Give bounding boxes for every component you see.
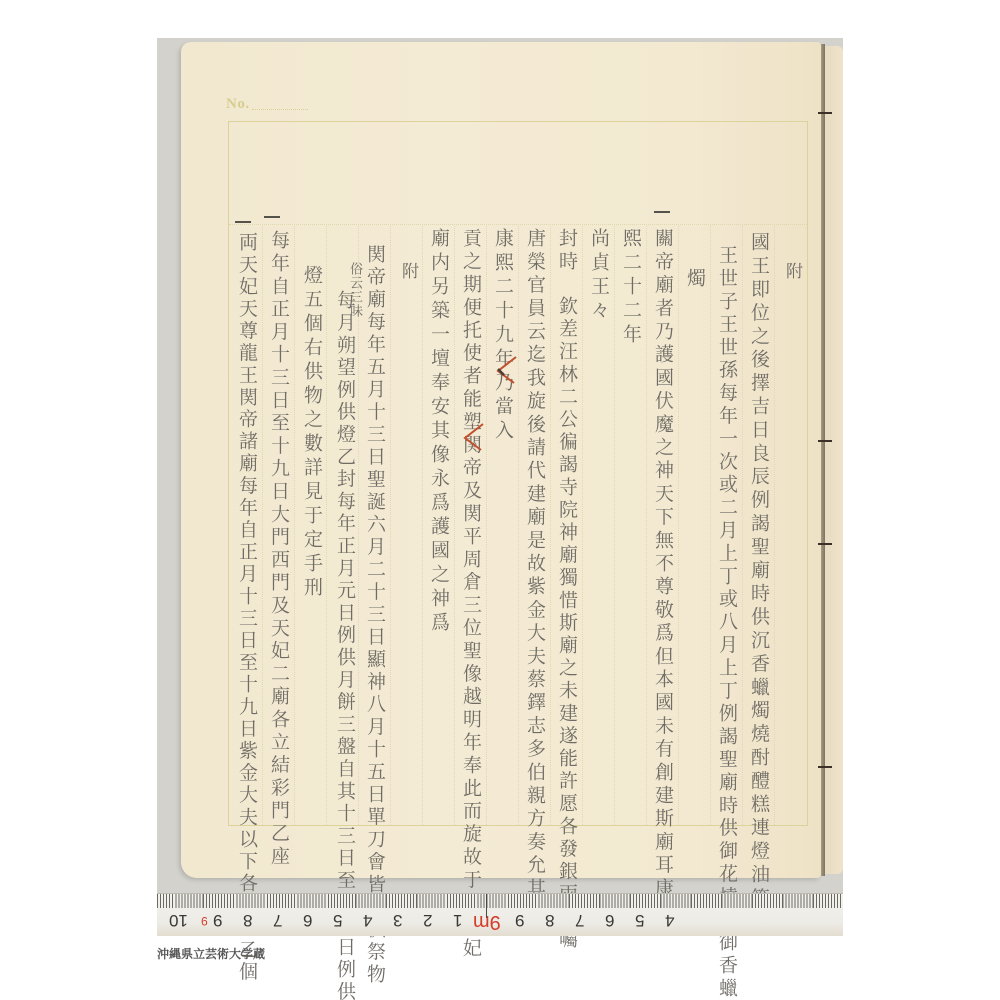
column-rule <box>582 224 583 825</box>
ruler-ticks <box>157 894 843 908</box>
ruler-label: 6 <box>605 910 614 930</box>
text-column: 王世子王世孫每年一次或二月上丁或八月上丁例謁聖廟時供御花燒酒御香蠟 <box>712 245 742 1000</box>
column-rule <box>646 224 647 825</box>
text-column: 燈五個右供物之數詳見于定手刑 <box>297 265 327 601</box>
text-column: 貢之期便托使者能塑関帝及関平周倉三位聖像越明年奉此而旋故于上天妃 <box>456 228 486 961</box>
text-column: 廟内另築一壇奉安其像永爲護國之神爲 <box>424 228 454 636</box>
ruler-label: 7 <box>273 910 282 930</box>
text-column: 附 <box>777 262 807 284</box>
ruler-major-tick <box>486 894 487 918</box>
ruler-label: 5 <box>333 910 342 930</box>
ruler-label: 5 <box>635 910 644 930</box>
item-bullet-ichi <box>654 211 670 213</box>
column-rule <box>422 224 423 825</box>
column-rule <box>390 224 391 825</box>
column-rule <box>454 224 455 825</box>
binding-stitch <box>818 766 832 768</box>
ruler-label: 7 <box>575 910 584 930</box>
column-rule <box>294 224 295 825</box>
ruler-label: 9 <box>213 910 222 930</box>
ruler-label: 2 <box>423 910 432 930</box>
column-rule <box>710 224 711 825</box>
text-column: 每年自正月十三日至十九日大門西門及天妃二廟各立結彩門乙座 <box>264 230 294 868</box>
column-rule <box>518 224 519 825</box>
ruler-label: 8 <box>545 910 554 930</box>
text-column: 關帝廟者乃護國伏魔之神天下無不尊敬爲但本國未有創建斯廟耳康 <box>648 228 678 901</box>
text-column: 燭 <box>680 268 710 292</box>
ruler-label: 4 <box>363 910 372 930</box>
page-number-label: No. <box>226 96 250 113</box>
column-rule <box>678 224 679 825</box>
ruler-label: 3 <box>393 910 402 930</box>
text-column: 封時 欽差汪林二公徧謁寺院神廟獨惜斯廟之未建遂能許愿各發銀両因囑 <box>552 228 582 951</box>
column-rule <box>774 224 775 825</box>
ruler-label: 4 <box>665 910 674 930</box>
ruler-label: 10 <box>169 910 188 930</box>
column-rule <box>486 224 487 825</box>
text-column: 唐榮官員云迄我旋後請代建廟是故紫金大夫蔡鐸志多伯親方奏允其事 <box>520 228 550 924</box>
binding-stitch <box>818 112 832 114</box>
column-rule <box>262 224 263 825</box>
text-column: 附 <box>393 262 423 284</box>
red-insertion-mark <box>492 355 522 385</box>
item-bullet-ichi <box>235 221 251 223</box>
ruler-label: 8 <box>243 910 252 930</box>
column-rule <box>742 224 743 825</box>
text-column: 関帝廟每年五月十三日聖誕六月二十三日顯神八月十五日單刀會皆例供祭物 <box>360 244 390 987</box>
binding-stitch <box>818 440 832 442</box>
column-rule <box>550 224 551 825</box>
page-number-blank <box>252 109 308 110</box>
collection-caption: 沖縄県立芸術大学蔵 <box>157 945 265 962</box>
text-column: 國王即位之後擇吉日良辰例謁聖廟時供沉香蠟燭燒酎醴糕連燈油等物 <box>744 232 774 934</box>
ruler-label: 9 <box>201 914 208 928</box>
text-column: 尚貞王々 <box>584 228 614 324</box>
text-column: 両天妃天尊龍王関帝諸廟每年自正月十三日至十九日紫金大夫以下各供燈乙個 <box>232 232 262 983</box>
text-column: 熙二十二年 <box>616 228 646 348</box>
measurement-ruler: 10 9 9 8 7 6 5 4 3 2 1 9m 9 8 7 6 5 4 <box>157 893 843 936</box>
binding-stitch <box>818 543 832 545</box>
ruler-label: 6 <box>303 910 312 930</box>
item-bullet-ichi <box>264 216 280 218</box>
column-rule <box>614 224 615 825</box>
text-column: 康熙二十九年乃當入 <box>488 228 518 444</box>
ruler-label: 9 <box>515 910 524 930</box>
red-insertion-mark <box>459 422 489 452</box>
adjacent-page-edge <box>825 46 843 874</box>
ruler-label: 1 <box>453 910 462 930</box>
